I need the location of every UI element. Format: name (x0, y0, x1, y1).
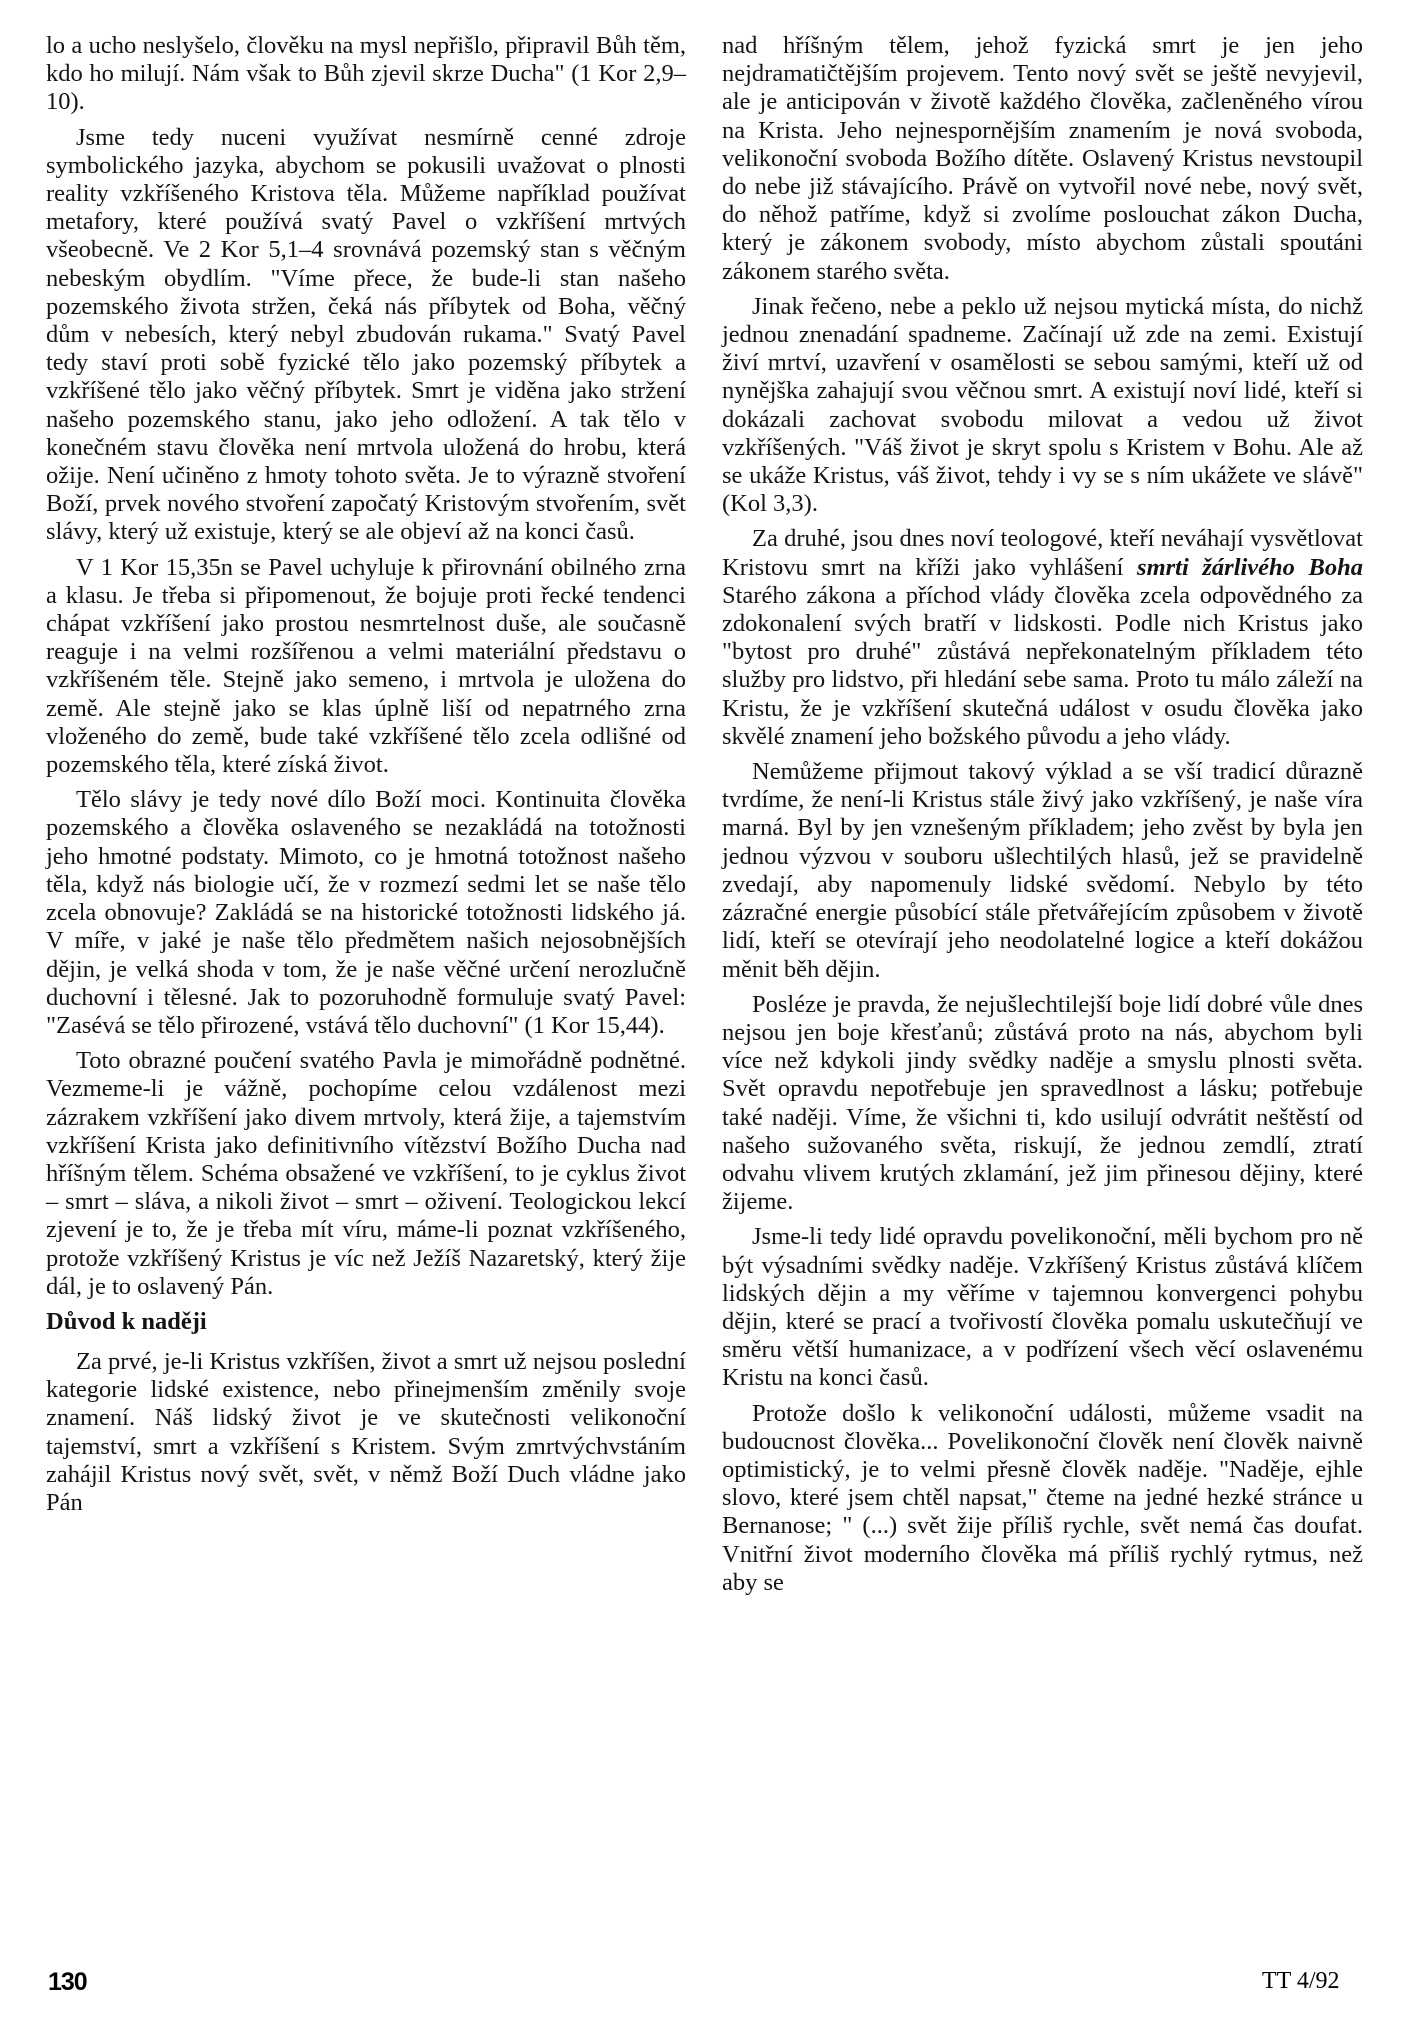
issue-label: TT 4/92 (1262, 1968, 1340, 1995)
paragraph: V 1 Kor 15,35n se Pavel uchyluje k přiro… (46, 554, 686, 780)
paragraph: Jsme tedy nuceni využívat nesmírně cenné… (46, 124, 686, 547)
paragraph: Jsme-li tedy lidé opravdu povelikonoční,… (722, 1223, 1363, 1392)
paragraph: Protože došlo k velikonoční události, mů… (722, 1400, 1363, 1597)
paragraph: Za prvé, je-li Kristus vzkříšen, život a… (46, 1348, 686, 1517)
page-number: 130 (48, 1968, 87, 1997)
left-column: lo a ucho neslyšelo, člověku na mysl nep… (46, 32, 686, 1524)
emphasis-text: smrti žárlivého Boha (1137, 554, 1363, 581)
paragraph: Za druhé, jsou dnes noví teologové, kteř… (722, 525, 1363, 751)
paragraph: Toto obrazné poučení svatého Pavla je mi… (46, 1047, 686, 1301)
text-run: Starého zákona a příchod vlády člověka z… (722, 582, 1363, 750)
paragraph: Jinak řečeno, nebe a peklo už nejsou myt… (722, 293, 1363, 519)
paragraph: Nemůžeme přijmout takový výklad a se vší… (722, 758, 1363, 984)
section-heading: Důvod k naději (46, 1308, 686, 1336)
right-column: nad hříšným tělem, jehož fyzická smrt je… (722, 32, 1363, 1604)
paragraph: nad hříšným tělem, jehož fyzická smrt je… (722, 32, 1363, 286)
paragraph: Tělo slávy je tedy nové dílo Boží moci. … (46, 786, 686, 1040)
paragraph: lo a ucho neslyšelo, člověku na mysl nep… (46, 32, 686, 117)
paragraph: Posléze je pravda, že nejušlechtilejší b… (722, 991, 1363, 1217)
